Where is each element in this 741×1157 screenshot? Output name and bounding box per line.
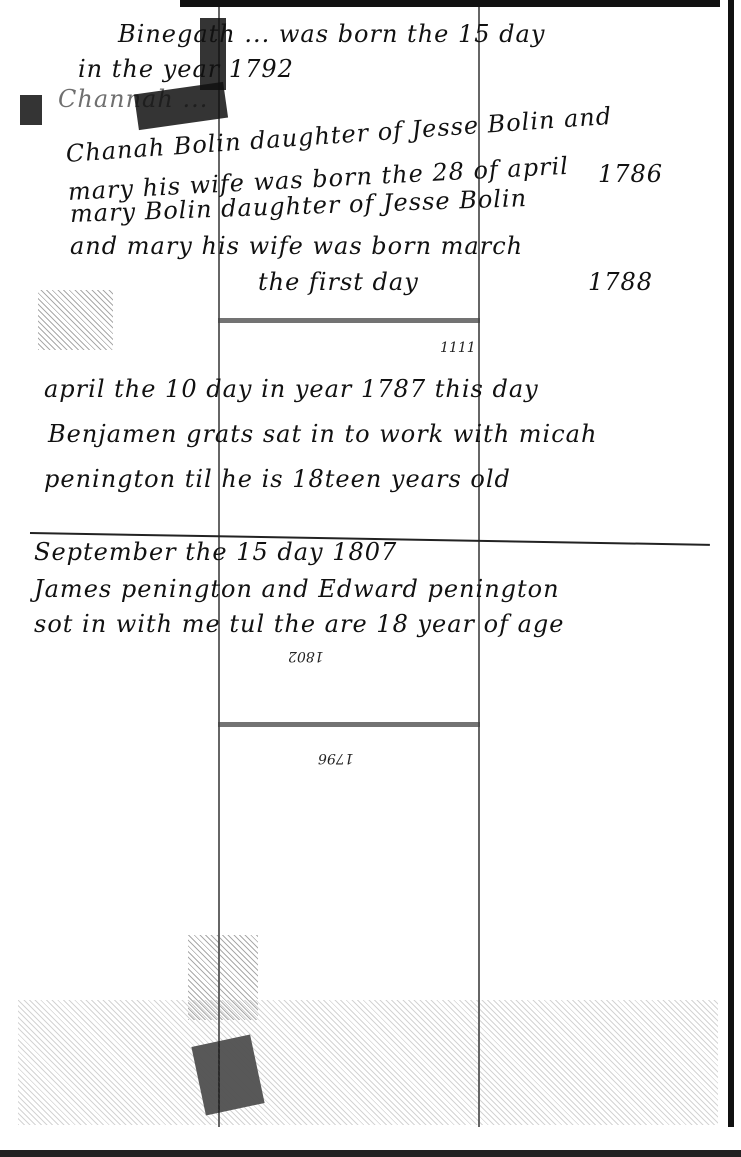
scan-border-bottom [0, 1150, 741, 1157]
entry-3-line-3: penington til he is 18teen years old [44, 465, 511, 493]
entry-2-line-7: 1788 [588, 268, 653, 296]
scan-border-top [180, 0, 720, 7]
entry-2-line-5: and mary his wife was born march [70, 232, 523, 260]
entry-1-line-1: Binegath ... was born the 15 day [118, 20, 545, 48]
entry-4-line-1: September the 15 day 1807 [34, 538, 397, 566]
stain-bottom-edge [18, 1000, 718, 1125]
marginal-mark-3: 1796 [318, 750, 354, 766]
entry-4-line-3: sot in with me tul the are 18 year of ag… [34, 610, 564, 638]
entry-3-line-1: april the 10 day in year 1787 this day [44, 375, 539, 403]
marginal-mark-2: 1111 [440, 340, 476, 356]
entry-1-line-2: in the year 1792 [78, 55, 294, 83]
document-page: Binegath ... was born the 15 day in the … [8, 0, 734, 1127]
entry-3-line-2: Benjamen grats sat in to work with micah [48, 420, 597, 448]
ink-blot-left [20, 95, 42, 125]
marginal-mark-1: 1802 [288, 648, 324, 664]
horizontal-fold-upper [218, 318, 480, 323]
entry-1-line-3: Channah ... [58, 85, 208, 113]
entry-2-line-3: 1786 [598, 160, 663, 188]
horizontal-fold-lower [218, 722, 480, 727]
entry-4-line-2: James penington and Edward penington [34, 575, 560, 603]
entry-2-line-6: the first day [258, 268, 419, 296]
stain-left [38, 290, 113, 350]
